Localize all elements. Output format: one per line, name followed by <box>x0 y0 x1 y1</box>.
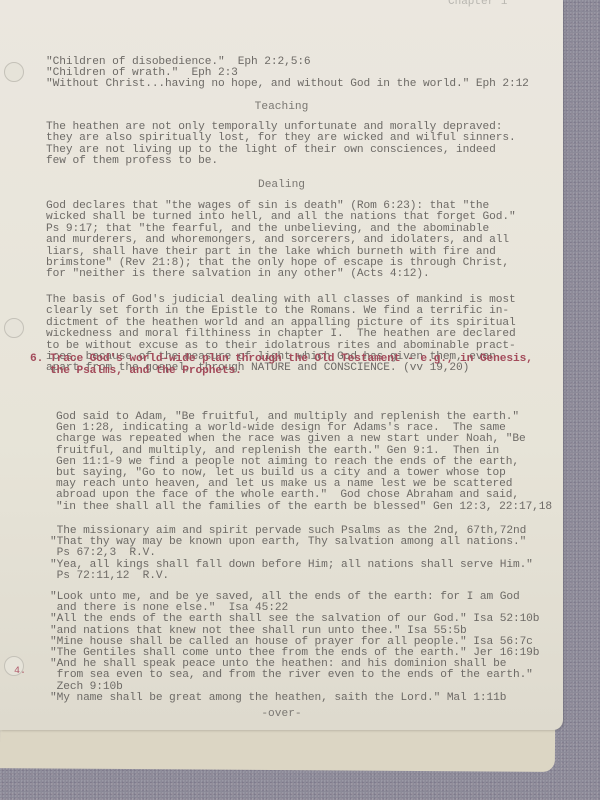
text-line: wickedness and moral filthiness in chapt… <box>46 329 516 340</box>
section-heading-teaching: Teaching <box>0 101 563 113</box>
text-line: from sea even to sea, and from the river… <box>50 670 533 681</box>
text-line: few of them profess to be. <box>46 156 218 167</box>
text-line: "in thee shall all the families of the e… <box>56 502 552 513</box>
question-number: 6. <box>30 354 43 365</box>
text-line: "My name shall be great among the heathe… <box>50 693 506 704</box>
punch-hole <box>4 62 24 82</box>
text-line: Ps 72:11,12 R.V. <box>50 571 169 582</box>
verse-line: "Without Christ...having no hope, and wi… <box>46 79 529 90</box>
text-line: charge was repeated when the race was gi… <box>56 434 526 445</box>
text-line: and murderers, and whoremongers, and sor… <box>46 235 509 246</box>
text-line: wicked shall be turned into hell, and al… <box>46 212 516 223</box>
document-page: Chapter 1 4. "Children of disobedience."… <box>0 0 563 730</box>
text-line: Trace God's world-wide plan through the … <box>50 354 533 365</box>
text-line: clearly set forth in the Epistle to the … <box>46 306 509 317</box>
text-line: for "neither is there salvation in any o… <box>46 269 430 280</box>
section-heading-dealing: Dealing <box>0 179 563 191</box>
text-line: they are also spiritually lost, for they… <box>46 133 516 144</box>
text-line: abroad upon the face of the whole earth.… <box>56 490 519 501</box>
text-line: the Psalms, and the Prophets. <box>50 366 242 377</box>
over-marker: -over- <box>0 708 563 720</box>
chapter-header: Chapter 1 <box>448 0 507 8</box>
text-line: Ps 67:2,3 R.V. <box>50 548 156 559</box>
punch-hole <box>4 318 24 338</box>
margin-mark: 4. <box>14 666 26 677</box>
text-line: "All the ends of the earth shall see the… <box>50 614 539 625</box>
